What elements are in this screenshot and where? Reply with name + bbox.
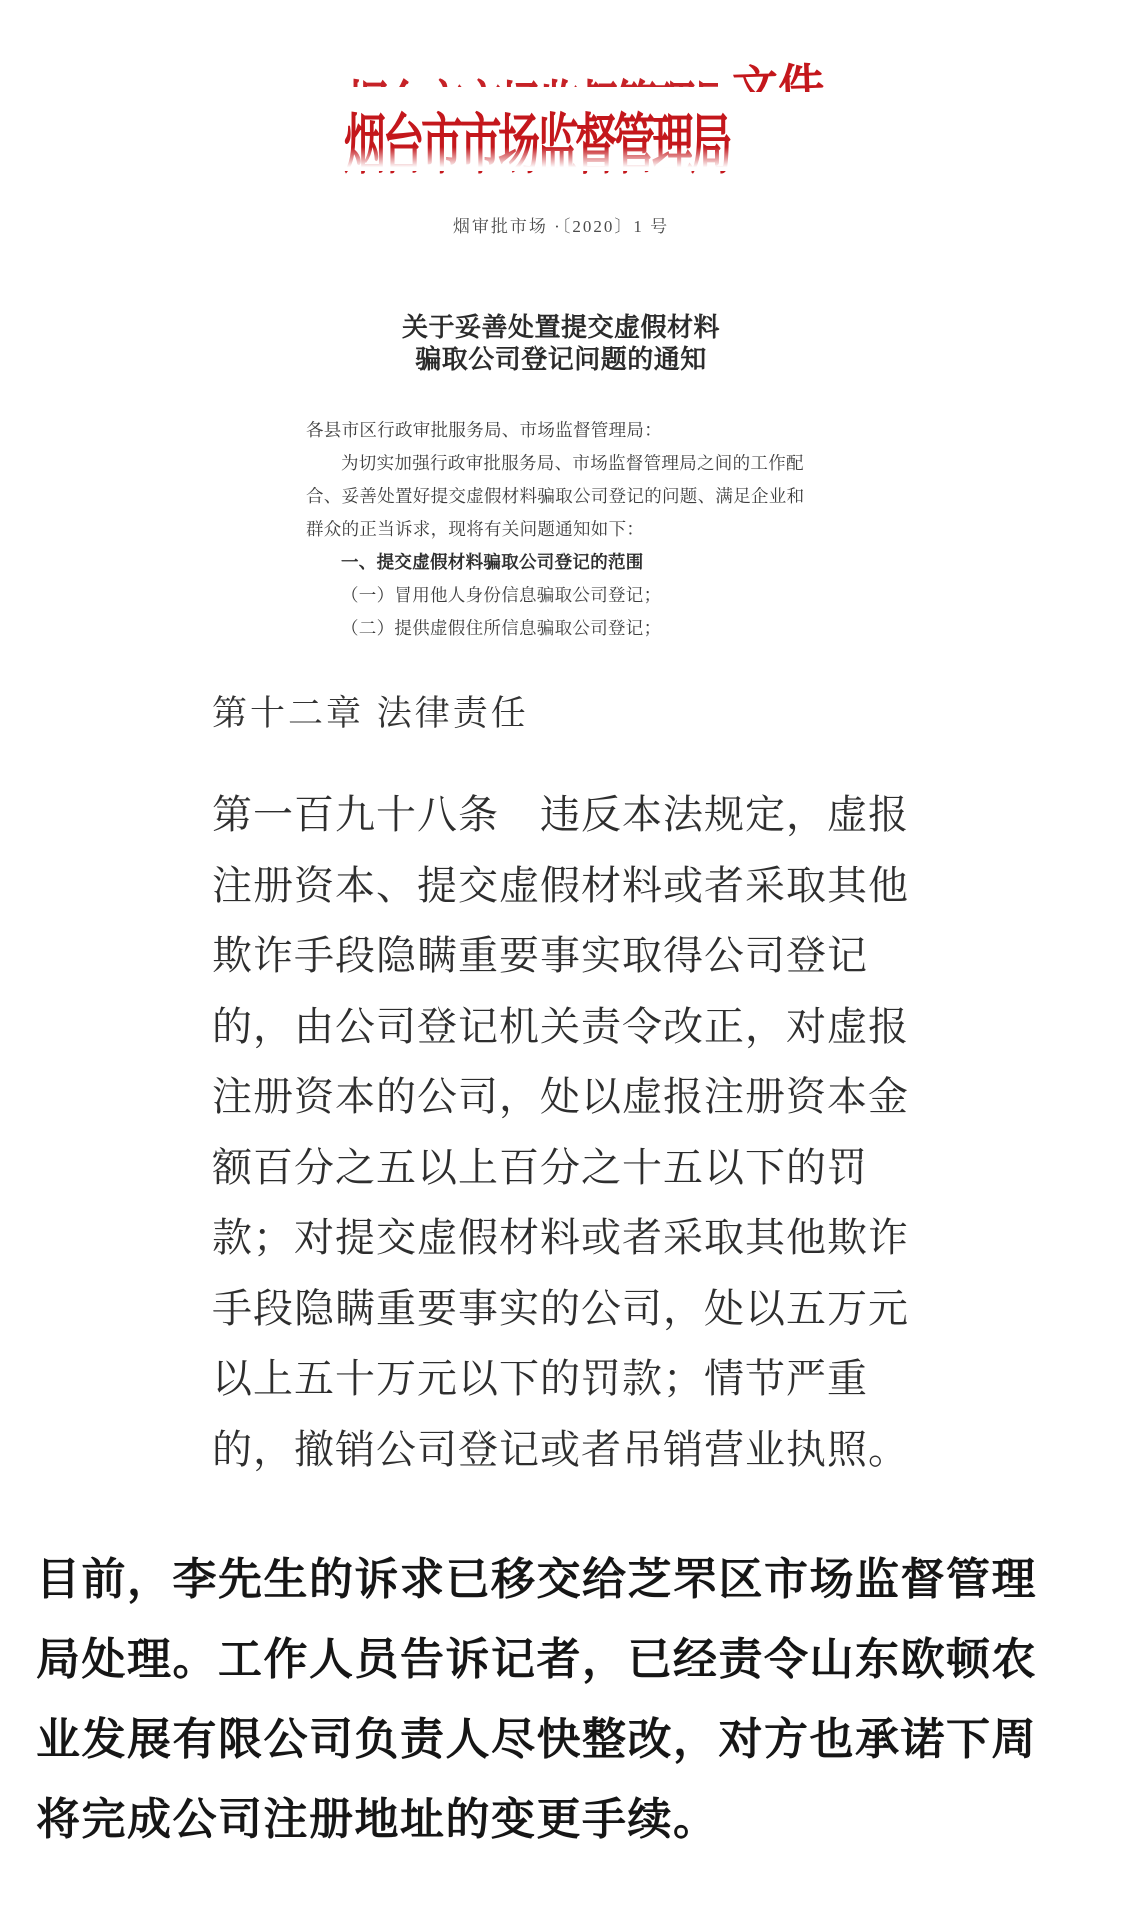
agency-name-header: 烟台市市场监督管理局 [344,94,729,187]
doc-body-line-salutation: 各县市区行政审批服务局、市场监督管理局： [306,414,831,447]
document-title-line1: 关于妥善处置提交虚假材料 [0,312,1122,344]
document-title: 关于妥善处置提交虚假材料 骗取公司登记问题的通知 [0,312,1122,376]
news-paragraph: 目前，李先生的诉求已移交给芝罘区市场监督管理局处理。工作人员告诉记者，已经责令山… [36,1540,1058,1860]
document-type-label: 文件 [731,52,825,92]
doc-body-line: 合、妥善处置好提交虚假材料骗取公司登记的问题、满足企业和 [306,480,831,513]
red-header-ghost-line: 烟台市市场监督管理局 [346,62,718,87]
document-title-line2: 骗取公司登记问题的通知 [0,344,1122,376]
chapter-heading: 第十二章 法律责任 [212,686,914,736]
doc-body-line-item-2: （二）提供虚假住所信息骗取公司登记； [306,612,831,645]
law-excerpt: 第十二章 法律责任 第一百九十八条 违反本法规定，虚报注册资本、提交虚假材料或者… [212,686,914,1485]
document-type-clip: 文件 [731,52,847,92]
document-body: 各县市区行政审批服务局、市场监督管理局： 为切实加强行政审批服务局、市场监督管理… [306,414,831,645]
news-body: 目前，李先生的诉求已移交给芝罘区市场监督管理局处理。工作人员告诉记者，已经责令山… [36,1540,1058,1860]
doc-body-line-section-heading: 一、提交虚假材料骗取公司登记的范围 [306,546,831,579]
doc-body-line: 群众的正当诉求，现将有关问题通知如下： [306,513,831,546]
doc-body-line-item-1: （一）冒用他人身份信息骗取公司登记； [306,579,831,612]
doc-body-line: 为切实加强行政审批服务局、市场监督管理局之间的工作配 [306,447,831,480]
official-document-photo: 烟台市市场监督管理局 文件 烟台市市场监督管理局 烟审批市场 ·〔2020〕1 … [0,0,1122,650]
red-header-ghost-text: 烟台市市场监督管理局 [346,62,718,87]
article-198-text: 第一百九十八条 违反本法规定，虚报注册资本、提交虚假材料或者采取其他欺诈手段隐瞒… [212,780,914,1485]
document-number: 烟审批市场 ·〔2020〕1 号 [0,212,1122,237]
header-fade-overlay [315,147,785,171]
